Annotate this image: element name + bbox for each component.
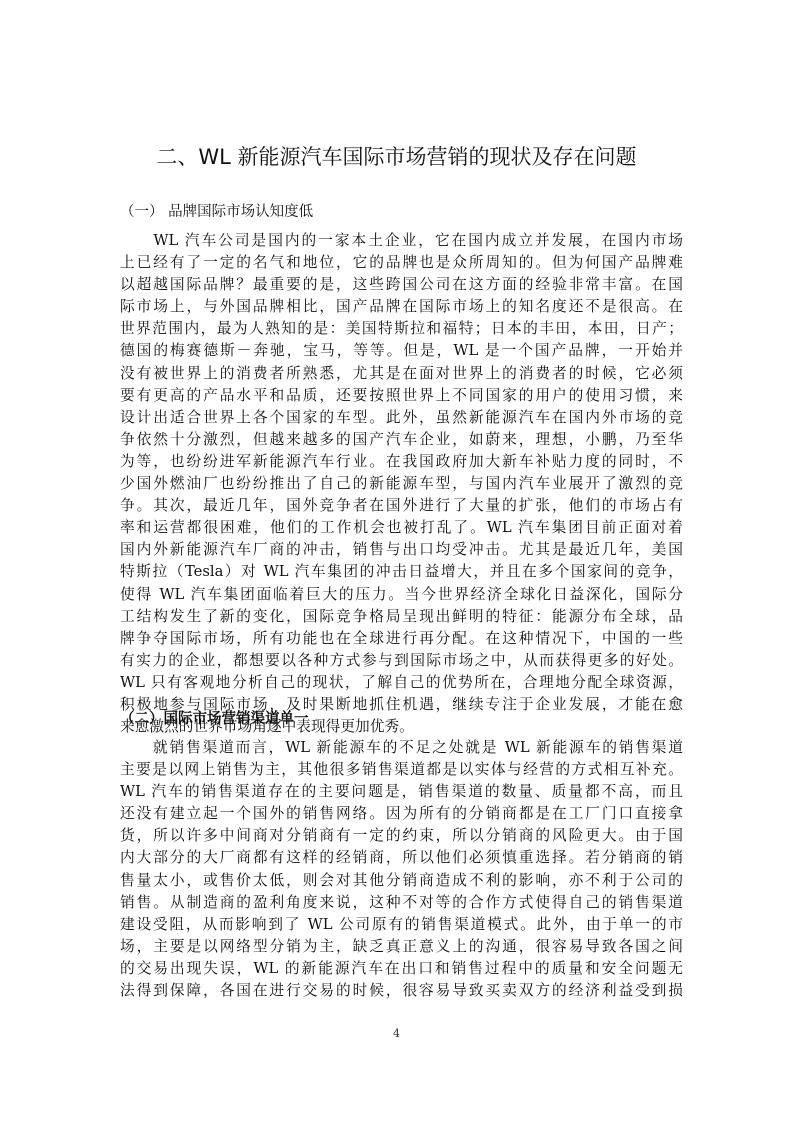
text-line: WL 只有客观地分析自己的现状，了解自己的优势所在，合理地分配全球资源， [120, 672, 683, 694]
page-number: 4 [0, 1027, 793, 1040]
text-line: 为等，也纷纷进军新能源汽车行业。在我国政府加大新车补贴力度的同时，不 [120, 451, 683, 473]
text-line: 使得 WL 汽车集团面临着巨大的压力。当今世界经济全球化日益深化，国际分 [120, 584, 683, 606]
text-line: 率和运营都很困难，他们的工作机会也被打乱了。WL 汽车集团目前正面对着 [120, 517, 683, 539]
text-line: 没有被世界上的消费者所熟悉，尤其是在面对世界上的消费者的时候，它必须 [120, 363, 683, 385]
text-line: 的交易出现失误，WL 的新能源汽车在出口和销售过程中的质量和安全问题无 [120, 958, 683, 980]
text-line: 争依然十分激烈，但越来越多的国产汽车企业，如蔚来，理想，小鹏，乃至华 [120, 429, 683, 451]
text-line: WL 汽车公司是国内的一家本土企业，它在国内成立并发展，在国内市场 [120, 230, 683, 252]
text-line: 还没有建立起一个国外的销售网络。因为所有的分销商都是在工厂门口直接拿 [120, 803, 683, 825]
section-heading-1: （一） 品牌国际市场认知度低 [120, 201, 313, 223]
section-2-body: 就销售渠道而言，WL 新能源车的不足之处就是 WL 新能源车的销售渠道主要是以网… [120, 737, 683, 1002]
document-page: 二、WL 新能源汽车国际市场营销的现状及存在问题 （一） 品牌国际市场认知度低 … [0, 0, 793, 1122]
text-line: 货，所以许多中间商对分销商有一定的约束，所以分销商的风险更大。由于国 [120, 825, 683, 847]
text-line: 就销售渠道而言，WL 新能源车的不足之处就是 WL 新能源车的销售渠道 [120, 737, 683, 759]
text-line: 法得到保障，各国在进行交易的时候，很容易导致买卖双方的经济利益受到损 [120, 980, 683, 1002]
text-line: 售量太小，或售价太低，则会对其他分销商造成不利的影响，亦不利于公司的 [120, 870, 683, 892]
text-line: 国内外新能源汽车厂商的冲击，销售与出口均受冲击。尤其是最近几年，美国 [120, 539, 683, 561]
text-line: 有实力的企业，都想要以各种方式参与到国际市场之中，从而获得更多的好处。 [120, 650, 683, 672]
text-line: 上已经有了一定的名气和地位，它的品牌也是众所周知的。但为何国产品牌难 [120, 252, 683, 274]
text-line: 少国外燃油厂也纷纷推出了自己的新能源车型，与国内汽车业展开了激烈的竞 [120, 473, 683, 495]
text-line: 销售。从制造商的盈利角度来说，这种不对等的合作方式使得自己的销售渠道 [120, 892, 683, 914]
text-line: 设计出适合世界上各个国家的车型。此外，虽然新能源汽车在国内外市场的竞 [120, 407, 683, 429]
text-line: 特斯拉（Tesla）对 WL 汽车集团的冲击日益增大，并且在多个国家间的竞争， [120, 561, 683, 583]
text-line: 际市场上，与外国品牌相比，国产品牌在国际市场上的知名度还不是很高。在 [120, 296, 683, 318]
text-line: 德国的梅赛德斯－奔驰，宝马，等等。但是，WL 是一个国产品牌，一开始并 [120, 340, 683, 362]
text-line: 牌争夺国际市场，所有功能也在全球进行再分配。在这种情况下，中国的一些 [120, 628, 683, 650]
text-line: 争。其次，最近几年，国外竞争者在国外进行了大量的扩张，他们的市场占有 [120, 495, 683, 517]
text-line: 内大部分的大厂商都有这样的经销商，所以他们必须慎重选择。若分销商的销 [120, 847, 683, 869]
text-line: 世界范围内，最为人熟知的是：美国特斯拉和福特；日本的丰田，本田，日产； [120, 318, 683, 340]
text-line: 场，主要是以网络型分销为主，缺乏真正意义上的沟通，很容易导致各国之间 [120, 936, 683, 958]
chapter-title: 二、WL 新能源汽车国际市场营销的现状及存在问题 [0, 142, 793, 172]
text-line: 以超越国际品牌？最重要的是，这些跨国公司在这方面的经验非常丰富。在国 [120, 274, 683, 296]
text-line: 要有更高的产品水平和品质，还要按照世界上不同国家的用户的使用习惯，来 [120, 385, 683, 407]
text-line: 主要是以网上销售为主，其他很多销售渠道都是以实体与经营的方式相互补充。 [120, 759, 683, 781]
text-line: WL 汽车的销售渠道存在的主要问题是，销售渠道的数量、质量都不高，而且 [120, 781, 683, 803]
section-heading-2: （二）国际市场营销渠道单一 [120, 708, 309, 730]
section-1-body: WL 汽车公司是国内的一家本土企业，它在国内成立并发展，在国内市场上已经有了一定… [120, 230, 683, 738]
text-line: 建设受阻，从而影响到了 WL 公司原有的销售渠道模式。此外，由于单一的市 [120, 914, 683, 936]
text-line: 工结构发生了新的变化，国际竞争格局呈现出鲜明的特征：能源分布全球，品 [120, 606, 683, 628]
